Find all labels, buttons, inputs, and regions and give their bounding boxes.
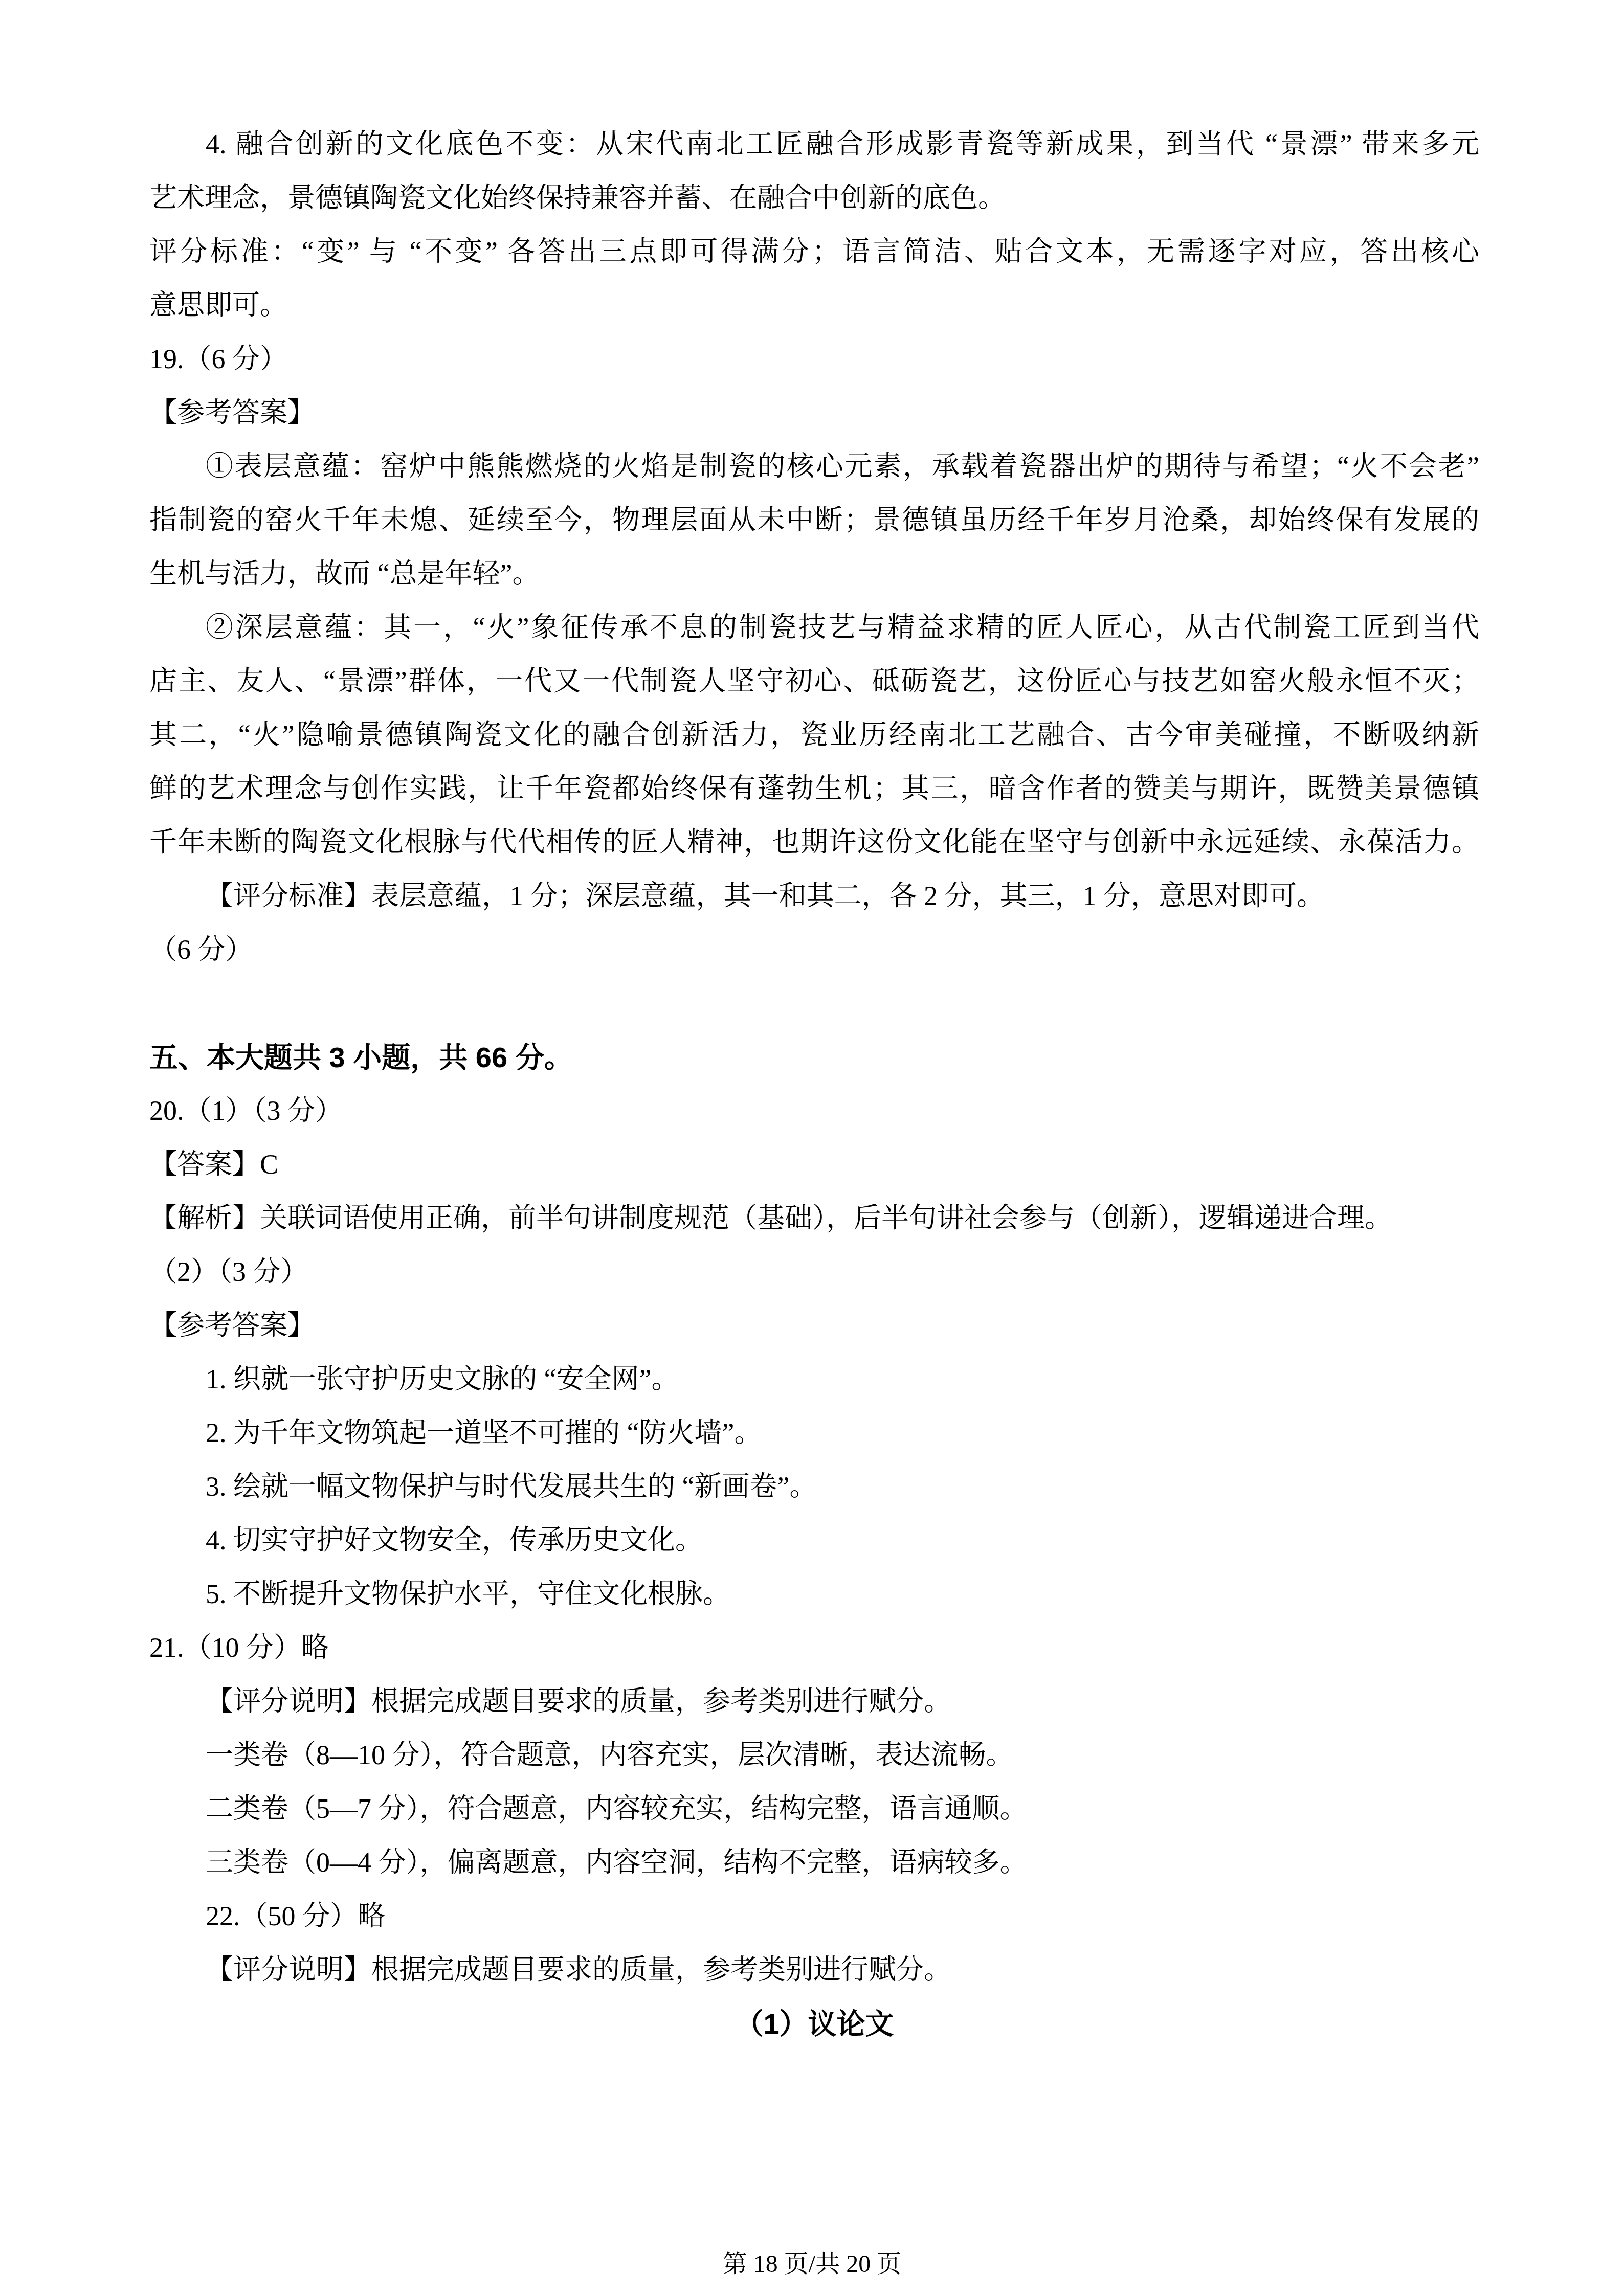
page: 4. 融合创新的文化底色不变：从宋代南北工匠融合形成影青瓷等新成果，到当代 “景… [0, 0, 1624, 2296]
answer-item-3: 3. 绘就一幅文物保护与时代发展共生的 “新画卷”。 [149, 1460, 1479, 1514]
grade-2-line: 二类卷（5—7 分），符合题意，内容较充实，结构完整，语言通顺。 [149, 1782, 1479, 1836]
scoring-criteria-cont: 意思即可。 [149, 279, 1479, 332]
grade-3-line: 三类卷（0—4 分），偏离题意，内容空洞，结构不完整，语病较多。 [149, 1836, 1479, 1889]
question-22-label: 22.（50 分）略 [149, 1889, 1479, 1943]
deep-meaning-cont-3: 鲜的艺术理念与创作实践，让千年瓷都始终保有蓬勃生机；其三，暗含作者的赞美与期许，… [149, 762, 1479, 816]
section-5-heading: 五、本大题共 3 小题，共 66 分。 [149, 1030, 1479, 1084]
page-footer: 第 18 页/共 20 页 [0, 2249, 1624, 2280]
deep-meaning-end: 千年未断的陶瓷文化根脉与代代相传的匠人精神，也期许这份文化能在坚守与创新中永远延… [149, 816, 1479, 869]
scoring-note-line-2: 【评分说明】根据完成题目要求的质量，参考类别进行赋分。 [149, 1943, 1479, 1997]
scoring-standard-line: 【评分标准】表层意蕴，1 分；深层意蕴，其一和其二，各 2 分，其三，1 分，意… [149, 869, 1479, 923]
answer-c-line: 【答案】C [149, 1138, 1479, 1191]
answer-item-5: 5. 不断提升文物保护水平，守住文化根脉。 [149, 1567, 1479, 1621]
surface-meaning-cont: 指制瓷的窑火千年未熄、延续至今，物理层面从未中断；景德镇虽历经千年岁月沧桑，却始… [149, 493, 1479, 547]
answer-item-4: 4. 切实守护好文物安全，传承历史文化。 [149, 1514, 1479, 1567]
question-19-label: 19.（6 分） [149, 332, 1479, 386]
surface-meaning-end: 生机与活力，故而 “总是年轻”。 [149, 547, 1479, 601]
deep-meaning-cont-2: 其二，“火”隐喻景德镇陶瓷文化的融合创新活力，瓷业历经南北工艺融合、古今审美碰撞… [149, 708, 1479, 762]
blank-line [149, 977, 1479, 1030]
deep-meaning-cont-1: 店主、友人、“景漂”群体，一代又一代制瓷人坚守初心、砥砺瓷艺，这份匠心与技艺如窑… [149, 655, 1479, 708]
answer-item-2: 2. 为千年文物筑起一道坚不可摧的 “防火墙”。 [149, 1406, 1479, 1460]
deep-meaning-line: ②深层意蕴：其一，“火”象征传承不息的制瓷技艺与精益求精的匠人匠心，从古代制瓷工… [149, 601, 1479, 655]
answer-point-4: 4. 融合创新的文化底色不变：从宋代南北工匠融合形成影青瓷等新成果，到当代 “景… [149, 118, 1479, 171]
scoring-note-line-1: 【评分说明】根据完成题目要求的质量，参考类别进行赋分。 [149, 1675, 1479, 1728]
answer-point-4-cont: 艺术理念，景德镇陶瓷文化始终保持兼容并蓄、在融合中创新的底色。 [149, 171, 1479, 225]
reference-answer-label: 【参考答案】 [149, 386, 1479, 440]
score-6-label: （6 分） [149, 923, 1479, 977]
grade-1-line: 一类卷（8—10 分），符合题意，内容充实，层次清晰，表达流畅。 [149, 1728, 1479, 1782]
question-21-label: 21.（10 分）略 [149, 1621, 1479, 1675]
surface-meaning-line: ①表层意蕴：窑炉中熊熊燃烧的火焰是制瓷的核心元素，承载着瓷器出炉的期待与希望；“… [149, 440, 1479, 493]
analysis-line: 【解析】关联词语使用正确，前半句讲制度规范（基础），后半句讲社会参与（创新），逻… [149, 1191, 1479, 1245]
page-body: 4. 融合创新的文化底色不变：从宋代南北工匠融合形成影青瓷等新成果，到当代 “景… [149, 118, 1479, 2051]
essay-type-heading: （1）议论文 [149, 1997, 1479, 2051]
question-20-2-label: （2）（3 分） [149, 1245, 1479, 1299]
question-20-1-label: 20.（1）（3 分） [149, 1084, 1479, 1138]
reference-answer-label-2: 【参考答案】 [149, 1299, 1479, 1353]
scoring-criteria-line: 评分标准：“变” 与 “不变” 各答出三点即可得满分；语言简洁、贴合文本，无需逐… [149, 225, 1479, 279]
answer-item-1: 1. 织就一张守护历史文脉的 “安全网”。 [149, 1353, 1479, 1406]
